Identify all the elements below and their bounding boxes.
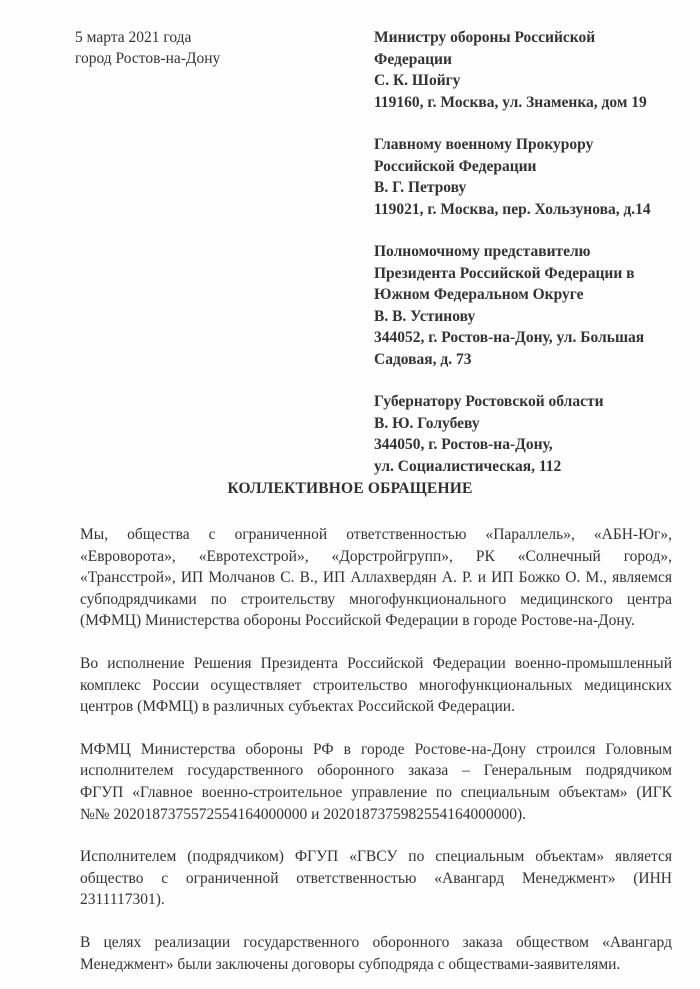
text-line: (МФМЦ) Министерства обороны Российской Ф… (80, 610, 672, 632)
text-line: МФМЦ Министерства обороны РФ в городе Ро… (80, 739, 672, 761)
addressees-block: Министру обороны Российской Федерации С.… (374, 27, 684, 498)
paragraph-general-contractor: МФМЦ Министерства обороны РФ в городе Ро… (80, 739, 672, 825)
addressee-line: В. Г. Петрову (374, 177, 684, 199)
text-line: центров (МФМЦ) в различных субъектах Рос… (80, 696, 672, 718)
paragraph-contractor: Исполнителем (подрядчиком) ФГУП «ГВСУ по… (80, 846, 672, 911)
text-line: №№ 2020187375572554164000000 и 202018737… (80, 804, 672, 826)
document-city: город Ростов-на-Дону (75, 48, 220, 69)
text-line: «Трансстрой», ИП Молчанов С. В., ИП Алла… (80, 567, 672, 589)
addressee-line: ул. Социалистическая, 112 (374, 456, 684, 478)
document-date: 5 марта 2021 года (75, 27, 220, 48)
text-line: Мы, общества с ограниченной ответственно… (80, 524, 672, 546)
addressee-line: Садовая, д. 73 (374, 349, 684, 371)
addressee-line: 119160, г. Москва, ул. Знаменка, дом 19 (374, 92, 684, 114)
addressee-line: Российской Федерации (374, 156, 684, 178)
text-line: субподрядчиками по строительству многофу… (80, 589, 672, 611)
text-line: исполнителем государственного оборонного… (80, 760, 672, 782)
addressee-line: В. Ю. Голубеву (374, 413, 684, 435)
addressee-line: С. К. Шойгу (374, 70, 684, 92)
addressee-defense-minister: Министру обороны Российской Федерации С.… (374, 27, 684, 113)
text-line: общество с ограниченной ответственностью… (80, 868, 672, 890)
text-line: ФГУП «Главное военно-строительное управл… (80, 782, 672, 804)
addressee-line: Главному военному Прокурору (374, 134, 684, 156)
text-line: 2311117301). (80, 889, 672, 911)
addressee-line: Президента Российской Федерации в (374, 263, 684, 285)
text-line: Менеджмент» были заключены договоры субп… (80, 954, 672, 976)
paragraph-applicants: Мы, общества с ограниченной ответственно… (80, 524, 672, 632)
addressee-military-prosecutor: Главному военному Прокурору Российской Ф… (374, 134, 684, 220)
addressee-presidential-envoy: Полномочному представителю Президента Ро… (374, 241, 684, 370)
addressee-line: Министру обороны Российской (374, 27, 684, 49)
addressee-line: 344050, г. Ростов-на-Дону, (374, 434, 684, 456)
text-line: В целях реализации государственного обор… (80, 932, 672, 954)
document-page: 5 марта 2021 года город Ростов-на-Дону М… (0, 0, 700, 989)
addressee-line: 344052, г. Ростов-на-Дону, ул. Большая (374, 327, 684, 349)
addressee-line: Губернатору Ростовской области (374, 391, 684, 413)
addressee-line: Федерации (374, 49, 684, 71)
document-title: КОЛЛЕКТИВНОЕ ОБРАЩЕНИЕ (0, 480, 700, 498)
addressee-line: Полномочному представителю (374, 241, 684, 263)
text-line: комплекс России осуществляет строительст… (80, 675, 672, 697)
addressee-line: 119021, г. Москва, пер. Хользунова, д.14 (374, 199, 684, 221)
text-line: «Евроворота», «Евротехстрой», «Дорстройг… (80, 546, 672, 568)
document-body: Мы, общества с ограниченной ответственно… (80, 524, 672, 989)
paragraph-president-decision: Во исполнение Решения Президента Российс… (80, 653, 672, 718)
text-line: Исполнителем (подрядчиком) ФГУП «ГВСУ по… (80, 846, 672, 868)
addressee-line: В. В. Устинову (374, 306, 684, 328)
text-line: Во исполнение Решения Президента Российс… (80, 653, 672, 675)
paragraph-subcontracts: В целях реализации государственного обор… (80, 932, 672, 975)
addressee-governor: Губернатору Ростовской области В. Ю. Гол… (374, 391, 684, 477)
date-place-block: 5 марта 2021 года город Ростов-на-Дону (75, 27, 220, 69)
addressee-line: Южном Федеральном Округе (374, 284, 684, 306)
